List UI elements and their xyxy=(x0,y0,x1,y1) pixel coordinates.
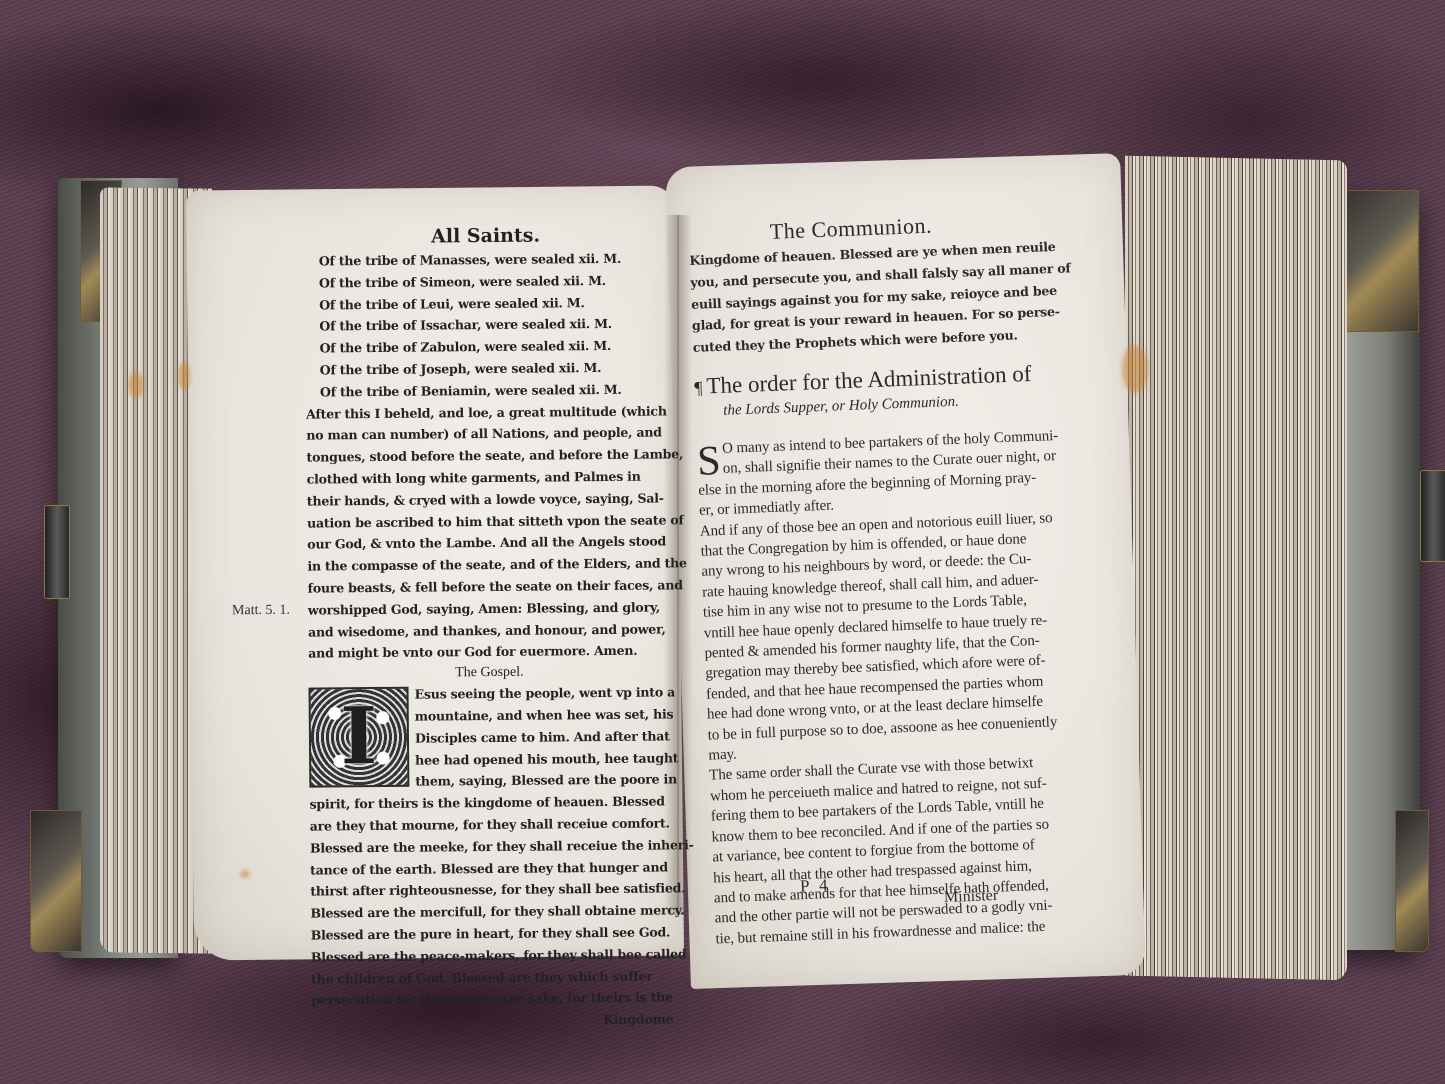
gospel-line: Esus seeing the people, went vp into a xyxy=(414,681,677,705)
tribe-line: Of the tribe of Issachar, were sealed xi… xyxy=(305,313,667,338)
tribe-line: Of the tribe of Leui, were sealed xii. M… xyxy=(305,291,667,316)
tribe-line: Of the tribe of Simeon, were sealed xii.… xyxy=(305,269,667,294)
metal-corner-bottom-left xyxy=(30,810,82,952)
epistle-line: our God, & vnto the Lambe. And all the A… xyxy=(307,531,669,556)
gospel-line: Blessed are the meeke, for they shall re… xyxy=(310,834,672,859)
metal-corner-bottom-right xyxy=(1395,810,1429,952)
clasp-left xyxy=(44,505,70,599)
right-page-text: The Communion. Kingdome of heauen. Bless… xyxy=(688,210,1041,950)
left-page-text: All Saints. Of the tribe of Manasses, we… xyxy=(304,223,673,1033)
epistle-line: no man can number) of all Nations, and p… xyxy=(306,422,668,447)
tribe-line: Of the tribe of Manasses, were sealed xi… xyxy=(305,247,667,272)
gospel-line: hee had opened his mouth, hee taught xyxy=(415,747,678,771)
decorated-initial-icon: I xyxy=(309,687,410,788)
catchword-left: Kingdome xyxy=(311,1008,673,1033)
gospel-opening: I Esus seeing the people, went vp into a… xyxy=(308,682,671,794)
epistle-line: After this I beheld, and loe, a great mu… xyxy=(306,400,668,425)
rubric-paragraph-2: And if any of those bee an open and noto… xyxy=(700,509,1034,766)
epistle-line: in the compasse of the seate, and of the… xyxy=(307,553,669,578)
gospel-line: are they that mourne, for they shall rec… xyxy=(310,812,672,837)
epistle-line: and might be vnto our God for euermore. … xyxy=(308,640,670,665)
foxing-stain xyxy=(240,870,250,878)
tribe-line: Of the tribe of Beniamin, were sealed xi… xyxy=(306,378,668,403)
drop-cap: S xyxy=(697,443,722,480)
gospel-line: them, saying, Blessed are the poore in xyxy=(415,769,678,793)
epistle-line: tongues, stood before the seate, and bef… xyxy=(306,444,668,469)
signature-mark: P 4 xyxy=(800,875,831,896)
epistle-line: clothed with long white garments, and Pa… xyxy=(307,465,669,490)
page-edges-right xyxy=(1125,156,1347,981)
tribe-line: Of the tribe of Zabulon, were sealed xii… xyxy=(305,335,667,360)
epistle-line: worshipped God, saying, Amen: Blessing, … xyxy=(308,596,670,621)
epistle-line: uation be ascribed to him that sitteth v… xyxy=(307,509,669,534)
gospel-line: Blessed are the peace-makers, for they s… xyxy=(311,943,673,968)
foxing-stain xyxy=(128,372,144,398)
gospel-line: mountaine, and when hee was set, his xyxy=(415,703,678,727)
gospel-line: Disciples came to him. And after that xyxy=(415,725,678,749)
gospel-line: thirst after righteousnesse, for they sh… xyxy=(310,878,672,903)
rubric-paragraph-3: The same order shall the Curate vse with… xyxy=(709,754,1041,950)
catchword-right: Minister xyxy=(944,887,999,907)
epistle-line: their hands, & cryed with a lowde voyce,… xyxy=(307,487,669,512)
gospel-line: spirit, for theirs is the kingdome of he… xyxy=(309,791,671,816)
gospel-line: the children of God. Blessed are they wh… xyxy=(311,965,673,990)
clasp-right xyxy=(1420,470,1445,562)
running-head-left: All Saints. xyxy=(304,223,666,248)
tribe-line: Of the tribe of Joseph, were sealed xii.… xyxy=(306,356,668,381)
epistle-line: foure beasts, & fell before the seate on… xyxy=(308,574,670,599)
gospel-line: tance of the earth. Blessed are they tha… xyxy=(310,856,672,881)
margin-reference: Matt. 5. 1. xyxy=(232,603,290,620)
gospel-line: Blessed are the pure in heart, for they … xyxy=(311,921,673,946)
initial-letter: I xyxy=(311,693,408,782)
gospel-line: Blessed are the mercifull, for they shal… xyxy=(310,900,672,925)
gospel-line: persecution for righteousnesse sake, for… xyxy=(311,987,673,1012)
epistle-line: and wisedome, and thankes, and honour, a… xyxy=(308,618,670,643)
pilcrow-icon: ¶ xyxy=(694,378,703,398)
foxing-stain xyxy=(1122,345,1148,393)
rubric-paragraph-1: S O many as intend to bee partakers of t… xyxy=(696,427,1024,521)
foxing-stain xyxy=(178,362,190,390)
